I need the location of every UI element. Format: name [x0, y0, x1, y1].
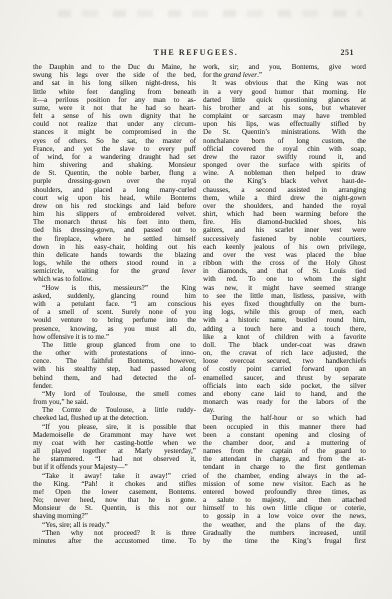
page-title: THE REFUGEES.: [0, 48, 392, 57]
text-line: with red. To one to whom the sight: [203, 275, 366, 283]
text-line: The little group glanced from one to: [33, 341, 196, 349]
text-line: all played together at Marly yesterday,”: [33, 447, 196, 455]
text-line: logs, while the others stood round in a: [33, 259, 196, 267]
column-right: work, sir; and you, Bontems, give wordfo…: [203, 63, 366, 545]
text-line: to see the little man, listless, passive…: [203, 292, 366, 300]
text-line: which was to follow.: [33, 275, 196, 283]
text-line: purple dressing-gown over the royal: [33, 177, 196, 185]
text-line: it—a perilous position for any man to as…: [33, 96, 196, 104]
text-line: his eyes fixed thoughtfully on the burn-: [203, 300, 366, 308]
text-line: in a very good humor that morning. He: [203, 88, 366, 96]
text-line: the chamber door, and a muttering of: [203, 439, 366, 447]
text-line: cheeked lad, flushed up at the detection…: [33, 414, 196, 422]
text-line: like a knot of children with a favorite: [203, 333, 366, 341]
text-line: the fireplace, where he settled himself: [33, 235, 196, 243]
text-line: wine. A nobleman then helped to draw: [203, 169, 366, 177]
text-line: been a constant opening and closing of: [203, 431, 366, 439]
text-line: could not realize that under any circum-: [33, 120, 196, 128]
text-line: “Take it away! take it away!” cried: [33, 472, 196, 480]
text-columns: the Dauphin and to the Duc du Maine, hes…: [33, 63, 366, 545]
text-line: shoulders, and placed a long many-curled: [33, 186, 196, 194]
text-line: enamelled saucer, and thrust by separate: [203, 374, 366, 382]
text-line: sume, were it not that he had so heart-: [33, 104, 196, 112]
text-line: asked, suddenly, glancing round him: [33, 292, 196, 300]
text-line: would venture to bring perfume into the: [33, 316, 196, 324]
text-line: presence, knowing, as you must all do,: [33, 325, 196, 333]
text-line: mission of some new visitor. Each as he: [203, 480, 366, 488]
text-line: a salute to majesty, and then attached: [203, 496, 366, 504]
text-line: stances it might be compromised in the: [33, 128, 196, 136]
text-line: The monarch thrust his feet into them,: [33, 218, 196, 226]
text-line: successively fastened by noble courtiers…: [203, 235, 366, 243]
text-line: drew on his red stockings and laid befor…: [33, 202, 196, 210]
text-line: swung his legs over the side of the bed,: [33, 71, 196, 79]
text-line: ribbon with the cross of the Holy Ghost: [203, 259, 366, 267]
text-line: felt a sense of his own dignity that he: [33, 112, 196, 120]
text-line: of a smell of scent. Surely none of you: [33, 308, 196, 316]
text-line: “Yes, sire; all is ready.”: [33, 521, 196, 529]
text-line: court wig upon his head, while Bontems: [33, 194, 196, 202]
text-line: De St. Quentin’s ministrations. With the: [203, 128, 366, 136]
text-line: behind them, and had detected the of-: [33, 374, 196, 382]
text-line: cence. The faithful Bontems, however,: [33, 357, 196, 365]
column-left: the Dauphin and to the Duc du Maine, hes…: [33, 63, 196, 545]
text-line: he stammered. “I had not observed it,: [33, 455, 196, 463]
text-line: shaving morning?”: [33, 512, 196, 520]
text-line: entered bowed profoundly three times, as: [203, 488, 366, 496]
text-line: him his slippers of embroidered velvet.: [33, 210, 196, 218]
text-line: the Dauphin and to the Duc du Maine, he: [33, 63, 196, 71]
running-head: THE REFUGEES. 251: [0, 48, 392, 59]
text-line: de St. Quentin, the noble barber, flung …: [33, 169, 196, 177]
text-line: his brother and at his sons, but whateve…: [203, 104, 366, 112]
showthrough-artifact: [58, 10, 362, 17]
text-line: “How is this, messieurs?” the King: [33, 284, 196, 292]
text-line: each keenly jealous of his own privilege…: [203, 243, 366, 251]
text-line: “If you please, sire, it is possible tha…: [33, 423, 196, 431]
text-line: but if it offends your Majesty—”: [33, 463, 196, 471]
text-line: them, while a third drew the night-gown: [203, 194, 366, 202]
text-line: was new, it might have seemed strange: [203, 284, 366, 292]
text-line: tied his dressing-gown, and passed out t…: [33, 226, 196, 234]
text-line: loose overcoat secured, two handkerchief…: [203, 357, 366, 365]
text-line: drew the razor swiftly round it, and: [203, 153, 366, 161]
text-line: Gradually the numbers increased, until: [203, 529, 366, 537]
text-line: fender.: [33, 382, 196, 390]
text-line: with a historic name, bustled round him,: [203, 316, 366, 324]
text-line: It was obvious that the King was not: [203, 79, 366, 87]
text-line: upon his lips, was effectually stifled b…: [203, 120, 366, 128]
book-page: THE REFUGEES. 251 the Dauphin and to the…: [0, 0, 392, 599]
text-line: thin delicate hands towards the blazing: [33, 251, 196, 259]
text-line: for the grand lever.”: [203, 71, 366, 79]
text-line: and over the vest was placed the blue: [203, 251, 366, 259]
text-line: complaint or sarcasm may have trembled: [203, 112, 366, 120]
text-line: gaiters, and his scarlet inner vest were: [203, 226, 366, 234]
text-line: doll. The black under-coat was drawn: [203, 341, 366, 349]
text-line: chausses, a second assisted in arranging: [203, 186, 366, 194]
text-line: how offensive it is to me.”: [33, 333, 196, 341]
text-line: down in his easy-chair, holding out his: [33, 243, 196, 251]
text-line: officials into each side pocket, the sil…: [203, 382, 366, 390]
text-line: and ebony cane laid to hand, and the: [203, 390, 366, 398]
text-line: on, the cravat of rich lace adjusted, th…: [203, 349, 366, 357]
text-line: work, sir; and you, Bontems, give word: [203, 63, 366, 71]
text-line: of costly point carried forward upon an: [203, 365, 366, 373]
text-line: and sat in his long silken night-dress, …: [33, 79, 196, 87]
text-line: himself to his own little clique or cote…: [203, 504, 366, 512]
text-line: During the half-hour or so which had: [203, 414, 366, 422]
text-line: names from the captain of the guard to: [203, 447, 366, 455]
text-line: me! Open the lower casement, Bontems.: [33, 488, 196, 496]
text-line: the attendant in charge, and from the at…: [203, 455, 366, 463]
text-line: sponged over the surface with spirits of: [203, 161, 366, 169]
page-number: 251: [341, 48, 355, 57]
text-line: day.: [203, 406, 366, 414]
text-line: France, and yet the slave to every puff: [33, 145, 196, 153]
text-line: The Comte de Toulouse, a little ruddy-: [33, 406, 196, 414]
text-line: the King. “Pah! it chokes and stifles: [33, 480, 196, 488]
text-line: with his stealthy step, had passed along: [33, 365, 196, 373]
text-line: of wind, for a wandering draught had set: [33, 153, 196, 161]
text-line: Mademoiselle de Grammont may have wet: [33, 431, 196, 439]
text-line: shirt, which had been warming before the: [203, 210, 366, 218]
text-line: with a petulant face. “I am conscious: [33, 300, 196, 308]
text-line: little white feet dangling from beneath: [33, 88, 196, 96]
text-line: minutes after the accustomed time. To: [33, 537, 196, 545]
text-line: ing logs, while this group of men, each: [203, 308, 366, 316]
text-line: the other with protestations of inno-: [33, 349, 196, 357]
text-line: eyes of others. So he sat, the master of: [33, 137, 196, 145]
text-line: monarch was ready for the labors of the: [203, 398, 366, 406]
text-line: adding a touch here and a touch there,: [203, 325, 366, 333]
text-line: official covered the royal chin with soa…: [203, 145, 366, 153]
text-line: been occupied in this manner there had: [203, 423, 366, 431]
text-line: nonchalance born of long custom, the: [203, 137, 366, 145]
text-line: him shivering and shaking. Monsieur: [33, 161, 196, 169]
text-line: over the shoulders, and handed the royal: [203, 202, 366, 210]
text-line: from you,” he said.: [33, 398, 196, 406]
text-line: by the time the King’s frugal first: [203, 537, 366, 545]
text-line: Monsieur de St. Quentin, is this not our: [33, 504, 196, 512]
text-line: the weather, and the plans of the day.: [203, 521, 366, 529]
text-line: my coat with her casting-bottle when we: [33, 439, 196, 447]
text-line: to gossip in a low voice over the news,: [203, 512, 366, 520]
text-line: semicircle, waiting for the grand lever: [33, 267, 196, 275]
text-line: darted little quick questioning glances …: [203, 96, 366, 104]
text-line: tendant in charge to the first gentleman: [203, 463, 366, 471]
text-line: in diamonds, and that of St. Louis tied: [203, 267, 366, 275]
text-line: “My lord of Toulouse, the smell comes: [33, 390, 196, 398]
text-line: on the King’s black velvet haut-de-: [203, 177, 366, 185]
text-line: fire. His diamond-buckled shoes, his: [203, 218, 366, 226]
text-line: No; never heed, now that he is gone.: [33, 496, 196, 504]
text-line: “Then why not proceed? It is three: [33, 529, 196, 537]
text-line: of the chamber, ending always in the ad-: [203, 472, 366, 480]
